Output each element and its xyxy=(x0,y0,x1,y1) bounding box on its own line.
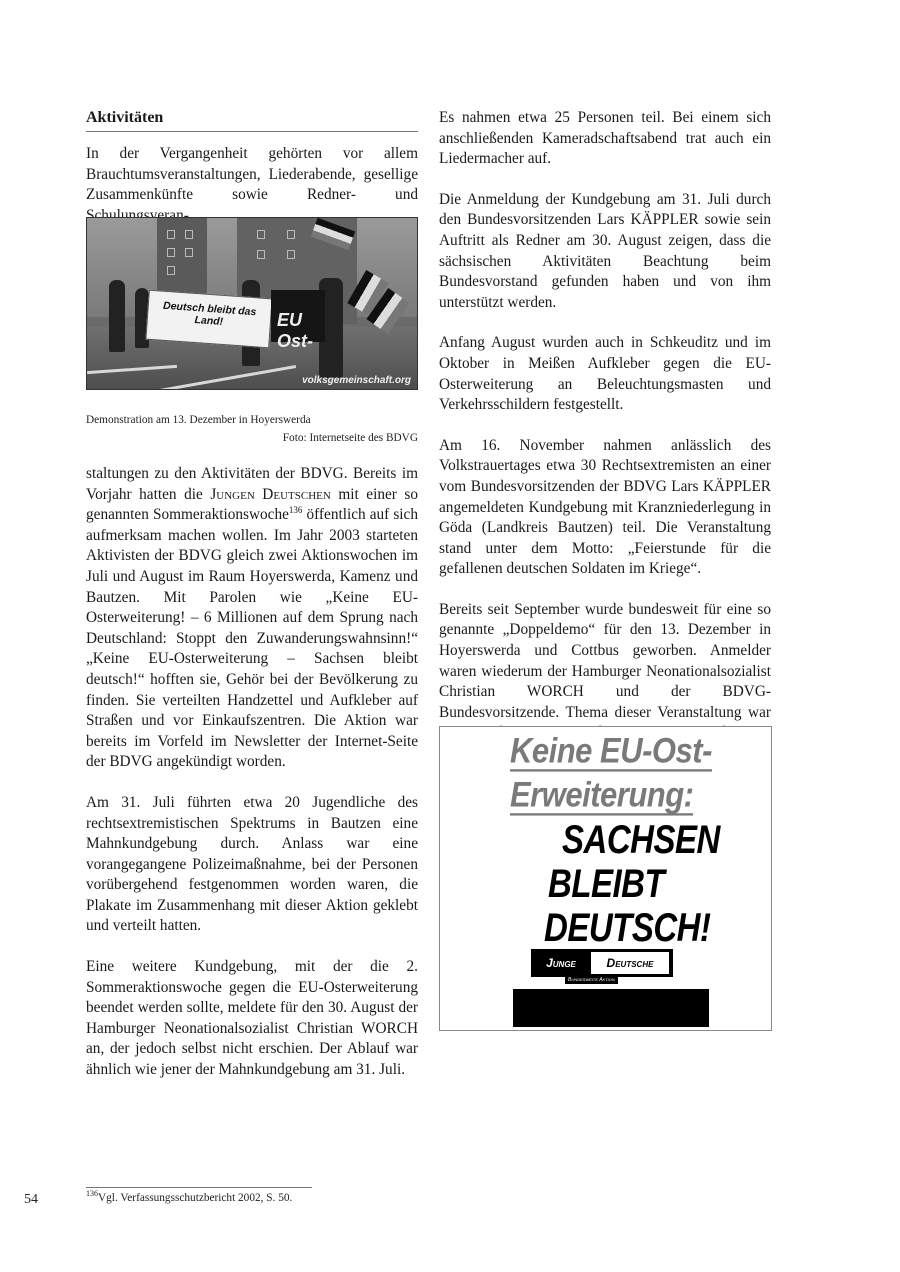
left-column-body: staltungen zu den Aktivitäten der BDVG. … xyxy=(86,464,418,1081)
demonstration-photo: Deutsch bleibt das Land! EU Ost- volksge… xyxy=(86,217,418,390)
photo-dark-banner: EU Ost- xyxy=(271,290,325,342)
sticker-poster-image: Keine EU-Ost- Erweiterung: SACHSEN BLEIB… xyxy=(439,726,772,1031)
page-number: 54 xyxy=(24,1192,38,1208)
poster-line-5: DEUTSCH! xyxy=(544,908,711,949)
intro-paragraph: In der Vergangenheit gehörten vor allem … xyxy=(86,144,418,226)
footnote-number: 136 xyxy=(86,1189,98,1198)
footnote: 136Vgl. Verfassungsschutzbericht 2002, S… xyxy=(86,1192,292,1204)
photo-caption: Demonstration am 13. Dezember in Hoyersw… xyxy=(86,414,311,426)
redaction-box xyxy=(513,989,709,1027)
paragraph-weitere-kundgebung: Eine weitere Kundgebung, mit der die 2. … xyxy=(86,957,418,1081)
org-name-smallcaps: Jungen Deutschen xyxy=(210,486,330,503)
photo-credit: Foto: Internetseite des BDVG xyxy=(86,432,418,444)
left-column: Aktivitäten In der Vergangenheit gehörte… xyxy=(86,108,418,226)
section-heading: Aktivitäten xyxy=(86,108,418,132)
poster-line-2: Erweiterung: xyxy=(510,776,693,815)
paragraph-mahnkundgebung: Am 31. Juli führten etwa 20 Jugendliche … xyxy=(86,793,418,937)
footnote-divider xyxy=(86,1187,312,1188)
paragraph-volkstrauertag: Am 16. November nahmen anlässlich des Vo… xyxy=(439,436,771,580)
paragraph-aufkleber: Anfang August wurden auch in Schkeuditz … xyxy=(439,333,771,415)
paragraph-anmeldung: Die Anmeldung der Kundgebung am 31. Juli… xyxy=(439,190,771,314)
poster-line-3: SACHSEN xyxy=(562,820,720,861)
photo-banner: Deutsch bleibt das Land! xyxy=(145,290,272,349)
photo-watermark: volksgemeinschaft.org xyxy=(302,375,411,386)
paragraph-teilnehmer: Es nahmen etwa 25 Personen teil. Bei ein… xyxy=(439,108,771,170)
right-column: Es nahmen etwa 25 Personen teil. Bei ein… xyxy=(439,108,771,765)
poster-line-4: BLEIBT xyxy=(548,864,664,905)
poster-line-1: Keine EU-Ost- xyxy=(510,732,712,771)
footnote-text: Vgl. Verfassungsschutzbericht 2002, S. 5… xyxy=(98,1192,292,1204)
paragraph-aktionswochen: staltungen zu den Aktivitäten der BDVG. … xyxy=(86,464,418,773)
logo-subtitle: Bundesweite Aktion xyxy=(565,976,618,984)
footnote-reference[interactable]: 136 xyxy=(289,505,303,515)
junge-deutsche-logo: Junge Deutsche xyxy=(531,949,673,977)
